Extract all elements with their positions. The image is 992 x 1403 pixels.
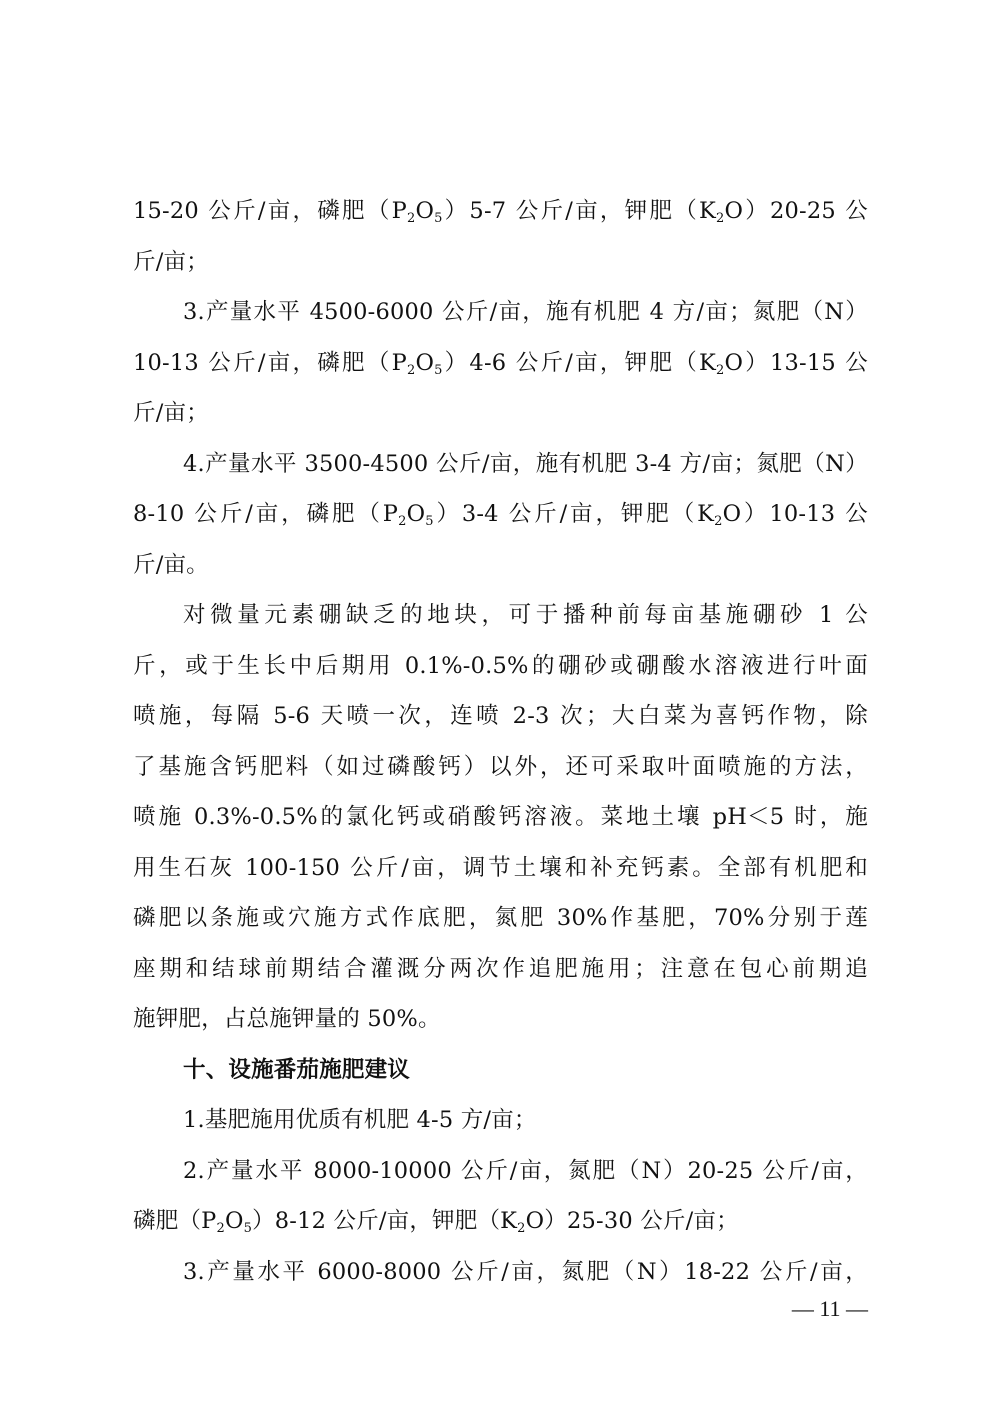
text-line: 对微量元素硼缺乏的地块，可于播种前每亩基施硼砂 1 公	[133, 590, 868, 641]
text-line: 磷肥以条施或穴施方式作底肥，氮肥 30%作基肥，70%分别于莲	[133, 893, 868, 944]
page-number: — 11 —	[792, 1296, 868, 1322]
text-line: 4.产量水平 3500-4500 公斤/亩，施有机肥 3-4 方/亩；氮肥（N）	[133, 439, 868, 490]
text-line: 了基施含钙肥料（如过磷酸钙）以外，还可采取叶面喷施的方法，	[133, 742, 868, 793]
text-line: 斤/亩；	[133, 388, 868, 439]
text-line: 喷施，每隔 5-6 天喷一次，连喷 2-3 次；大白菜为喜钙作物，除	[133, 691, 868, 742]
text-line: 斤，或于生长中后期用 0.1%-0.5%的硼砂或硼酸水溶液进行叶面	[133, 641, 868, 692]
boron-calcium-section: 15-20 公斤/亩，磷肥（P2O5）5-7 公斤/亩，钾肥（K2O）20-25…	[133, 186, 868, 1045]
text-line: 座期和结球前期结合灌溉分两次作追肥施用；注意在包心前期追	[133, 944, 868, 995]
text-line: 8-10 公斤/亩，磷肥（P2O5）3-4 公斤/亩，钾肥（K2O）10-13 …	[133, 489, 868, 540]
text-line: 2.产量水平 8000-10000 公斤/亩，氮肥（N）20-25 公斤/亩，	[133, 1146, 868, 1197]
text-line: 斤/亩。	[133, 540, 868, 591]
text-line: 磷肥（P2O5）8-12 公斤/亩，钾肥（K2O）25-30 公斤/亩；	[133, 1196, 868, 1247]
text-line: 1.基肥施用优质有机肥 4-5 方/亩；	[133, 1095, 868, 1146]
text-line: 施钾肥，占总施钾量的 50%。	[133, 994, 868, 1045]
text-line: 10-13 公斤/亩，磷肥（P2O5）4-6 公斤/亩，钾肥（K2O）13-15…	[133, 338, 868, 389]
text-line: 3.产量水平 4500-6000 公斤/亩，施有机肥 4 方/亩；氮肥（N）	[133, 287, 868, 338]
text-line: 喷施 0.3%-0.5%的氯化钙或硝酸钙溶液。菜地土壤 pH＜5 时，施	[133, 792, 868, 843]
section-heading-tomato: 十、设施番茄施肥建议	[133, 1045, 868, 1096]
document-body: 15-20 公斤/亩，磷肥（P2O5）5-7 公斤/亩，钾肥（K2O）20-25…	[133, 186, 868, 1297]
tomato-fertilizer-section: 1.基肥施用优质有机肥 4-5 方/亩；2.产量水平 8000-10000 公斤…	[133, 1095, 868, 1297]
text-line: 用生石灰 100-150 公斤/亩，调节土壤和补充钙素。全部有机肥和	[133, 843, 868, 894]
text-line: 15-20 公斤/亩，磷肥（P2O5）5-7 公斤/亩，钾肥（K2O）20-25…	[133, 186, 868, 237]
text-line: 斤/亩；	[133, 237, 868, 288]
text-line: 3.产量水平 6000-8000 公斤/亩，氮肥（N）18-22 公斤/亩，	[133, 1247, 868, 1298]
